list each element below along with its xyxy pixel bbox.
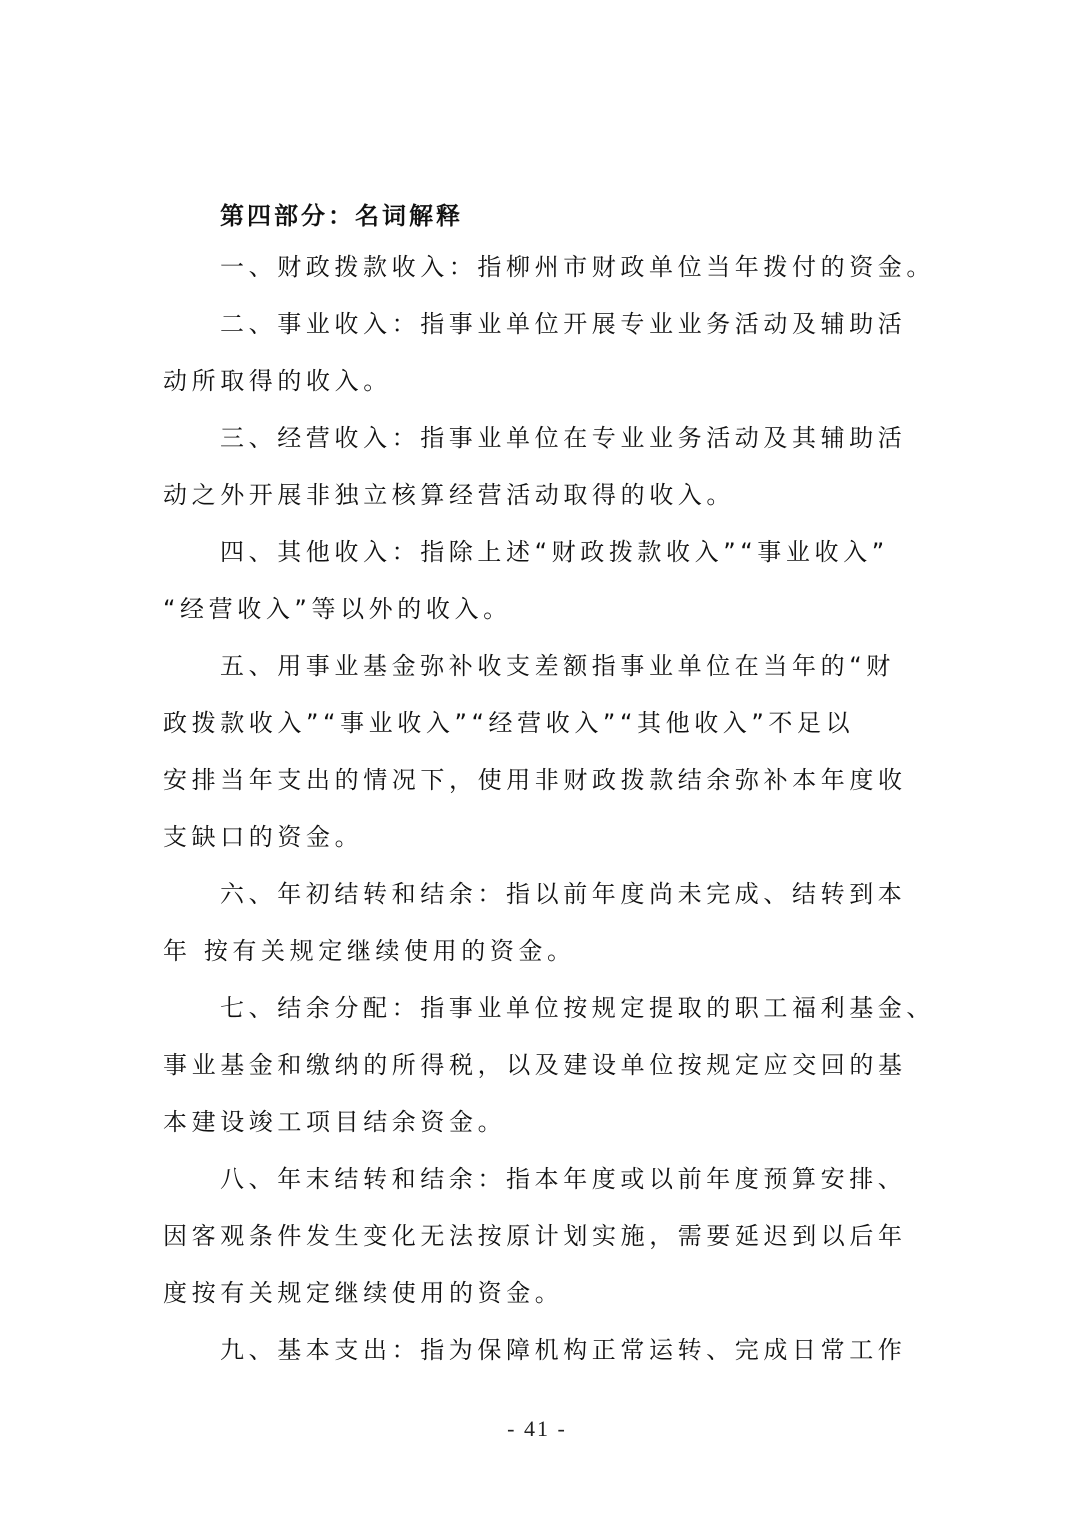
text-line: 事业基金和缴纳的所得税，以及建设单位按规定应交回的基: [163, 1045, 913, 1085]
text-line: 动所取得的收入。: [163, 361, 913, 401]
text-line: 一、财政拨款收入：指柳州市财政单位当年拨付的资金。: [220, 247, 920, 287]
text-line: 政拨款收入”“事业收入”“经营收入”“其他收入”不足以: [163, 703, 913, 743]
text-line: 因客观条件发生变化无法按原计划实施，需要延迟到以后年: [163, 1216, 913, 1256]
text-line: 支缺口的资金。: [163, 817, 913, 857]
section-heading: 第四部分：名词解释: [220, 196, 920, 236]
text-line: 安排当年支出的情况下，使用非财政拨款结余弥补本年度收: [163, 760, 913, 800]
text-line: 三、经营收入：指事业单位在专业业务活动及其辅助活: [220, 418, 920, 458]
text-line: 九、基本支出：指为保障机构正常运转、完成日常工作: [220, 1330, 920, 1370]
text-line: 二、事业收入：指事业单位开展专业业务活动及辅助活: [220, 304, 920, 344]
text-line: 度按有关规定继续使用的资金。: [163, 1273, 913, 1313]
text-line: 动之外开展非独立核算经营活动取得的收入。: [163, 475, 913, 515]
text-line: 六、年初结转和结余：指以前年度尚未完成、结转到本: [220, 874, 920, 914]
text-line: 七、结余分配：指事业单位按规定提取的职工福利基金、: [220, 988, 920, 1028]
page-number: - 41 -: [0, 1416, 1074, 1442]
text-line: “经营收入”等以外的收入。: [163, 589, 913, 629]
text-line: 年 按有关规定继续使用的资金。: [163, 931, 913, 971]
document-page: 第四部分：名词解释 一、财政拨款收入：指柳州市财政单位当年拨付的资金。 二、事业…: [0, 0, 1074, 1520]
text-line: 八、年末结转和结余：指本年度或以前年度预算安排、: [220, 1159, 920, 1199]
text-line: 四、其他收入：指除上述“财政拨款收入”“事业收入”: [220, 532, 920, 572]
text-line: 五、用事业基金弥补收支差额指事业单位在当年的“财: [220, 646, 920, 686]
text-line: 本建设竣工项目结余资金。: [163, 1102, 913, 1142]
